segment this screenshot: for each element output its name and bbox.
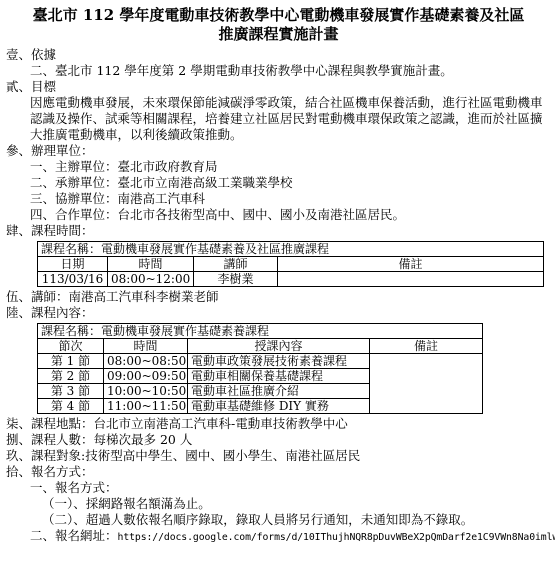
registration-method-item-2: （二）、超過人數依報名順序錄取，錄取人員將另行通知，未通知即為不錄取。 [6,512,551,528]
goal-paragraph-line-2: 認識及操作、試乘等相關課程，培養建立社區居民對電動機車環保政策之認識，進而於社區… [6,111,551,127]
organizer-undertaker: 二、承辦單位：臺北市立南港高級工業職業學校 [6,175,551,191]
registration-method-heading: 一、報名方式： [6,480,551,496]
goal-paragraph-line-3: 大推廣電動機車，以利後續政策推動。 [6,127,551,143]
section-basis-heading: 壹、依據 [6,47,551,63]
section-lecturer: 伍、講師：南港高工汽車科李樹業老師 [6,289,551,305]
column-header-time: 時間 [108,257,194,272]
table-row: 第 1 節 08:00~08:50 電動車政策發展技術素養課程 [38,354,483,369]
period-cell: 第 3 節 [38,384,104,399]
column-header-date: 日期 [38,257,108,272]
table-row: 113/03/16 08:00~12:00 李樹業 [38,272,544,287]
table-row: 日期 時間 講師 備註 [38,257,544,272]
time-cell: 08:00~12:00 [108,272,194,287]
course-content-table-title: 課程名稱：電動機車發展實作基礎素養課程 [38,324,483,339]
section-location: 柒、課程地點：台北市立南港高工汽車科-電動車技術教學中心 [6,416,551,432]
time-cell: 09:00~09:50 [104,369,188,384]
registration-method-item-1: （一）、採網路報名額滿為止。 [6,496,551,512]
column-header-period: 節次 [38,339,104,354]
course-time-table-title: 課程名稱：電動機車發展實作基礎素養及社區推廣課程 [38,242,544,257]
basis-item: 二、臺北市 112 學年度第 2 學期電動車技術教學中心課程與教學實施計畫。 [6,63,551,79]
course-time-table: 課程名稱：電動機車發展實作基礎素養及社區推廣課程 日期 時間 講師 備註 113… [37,241,544,287]
document-page: 臺北市 112 學年度電動車技術教學中心電動機車發展實作基礎素養及社區 推廣課程… [0,0,555,562]
table-row: 課程名稱：電動機車發展實作基礎素養課程 [38,324,483,339]
content-cell: 電動車相關保養基礎課程 [188,369,370,384]
table-row: 課程名稱：電動機車發展實作基礎素養及社區推廣課程 [38,242,544,257]
column-header-lecturer: 講師 [194,257,278,272]
section-goal-heading: 貳、目標 [6,79,551,95]
period-cell: 第 4 節 [38,399,104,414]
registration-url: https://docs.google.com/forms/d/10IThujh… [118,532,555,543]
time-cell: 10:00~10:50 [104,384,188,399]
period-cell: 第 1 節 [38,354,104,369]
column-header-time: 時間 [104,339,188,354]
section-course-content-heading: 陸、課程內容： [6,305,551,321]
remark-merged-cell [370,354,483,414]
time-cell: 08:00~08:50 [104,354,188,369]
lecturer-cell: 李樹業 [194,272,278,287]
time-cell: 11:00~11:50 [104,399,188,414]
period-cell: 第 2 節 [38,369,104,384]
column-header-remark: 備註 [278,257,544,272]
date-cell: 113/03/16 [38,272,108,287]
remark-cell [278,272,544,287]
section-registration-heading: 拾、報名方式： [6,464,551,480]
section-organizers-heading: 參、辦理單位： [6,143,551,159]
section-audience: 玖、課程對象:技術型高中學生、國中、國小學生、南港社區居民 [6,448,551,464]
registration-url-line: 二、報名網址：https://docs.google.com/forms/d/1… [6,528,551,546]
goal-paragraph-line-1: 因應電動機車發展，未來環保節能減碳淨零政策，結合社區機車保養活動，進行社區電動機… [6,95,551,111]
section-capacity: 捌、課程人數：每梯次最多 20 人 [6,432,551,448]
organizer-partner: 四、合作單位：台北市各技術型高中、國中、國小及南港社區居民。 [6,207,551,223]
organizer-host: 一、主辦單位：臺北市政府教育局 [6,159,551,175]
content-cell: 電動車政策發展技術素養課程 [188,354,370,369]
title-line-1: 臺北市 112 學年度電動車技術教學中心電動機車發展實作基礎素養及社區 [6,6,551,25]
course-content-table: 課程名稱：電動機車發展實作基礎素養課程 節次 時間 授課內容 備註 第 1 節 … [37,323,483,414]
content-cell: 電動車社區推廣介紹 [188,384,370,399]
organizer-coorganizer: 三、協辦單位：南港高工汽車科 [6,191,551,207]
content-cell: 電動車基礎維修 DIY 實務 [188,399,370,414]
title-line-2: 推廣課程實施計畫 [6,25,551,44]
document-title: 臺北市 112 學年度電動車技術教學中心電動機車發展實作基礎素養及社區 推廣課程… [6,6,551,44]
column-header-remark: 備註 [370,339,483,354]
section-course-time-heading: 肆、課程時間： [6,223,551,239]
table-row: 節次 時間 授課內容 備註 [38,339,483,354]
column-header-content: 授課內容 [188,339,370,354]
registration-url-label: 二、報名網址： [30,528,118,543]
